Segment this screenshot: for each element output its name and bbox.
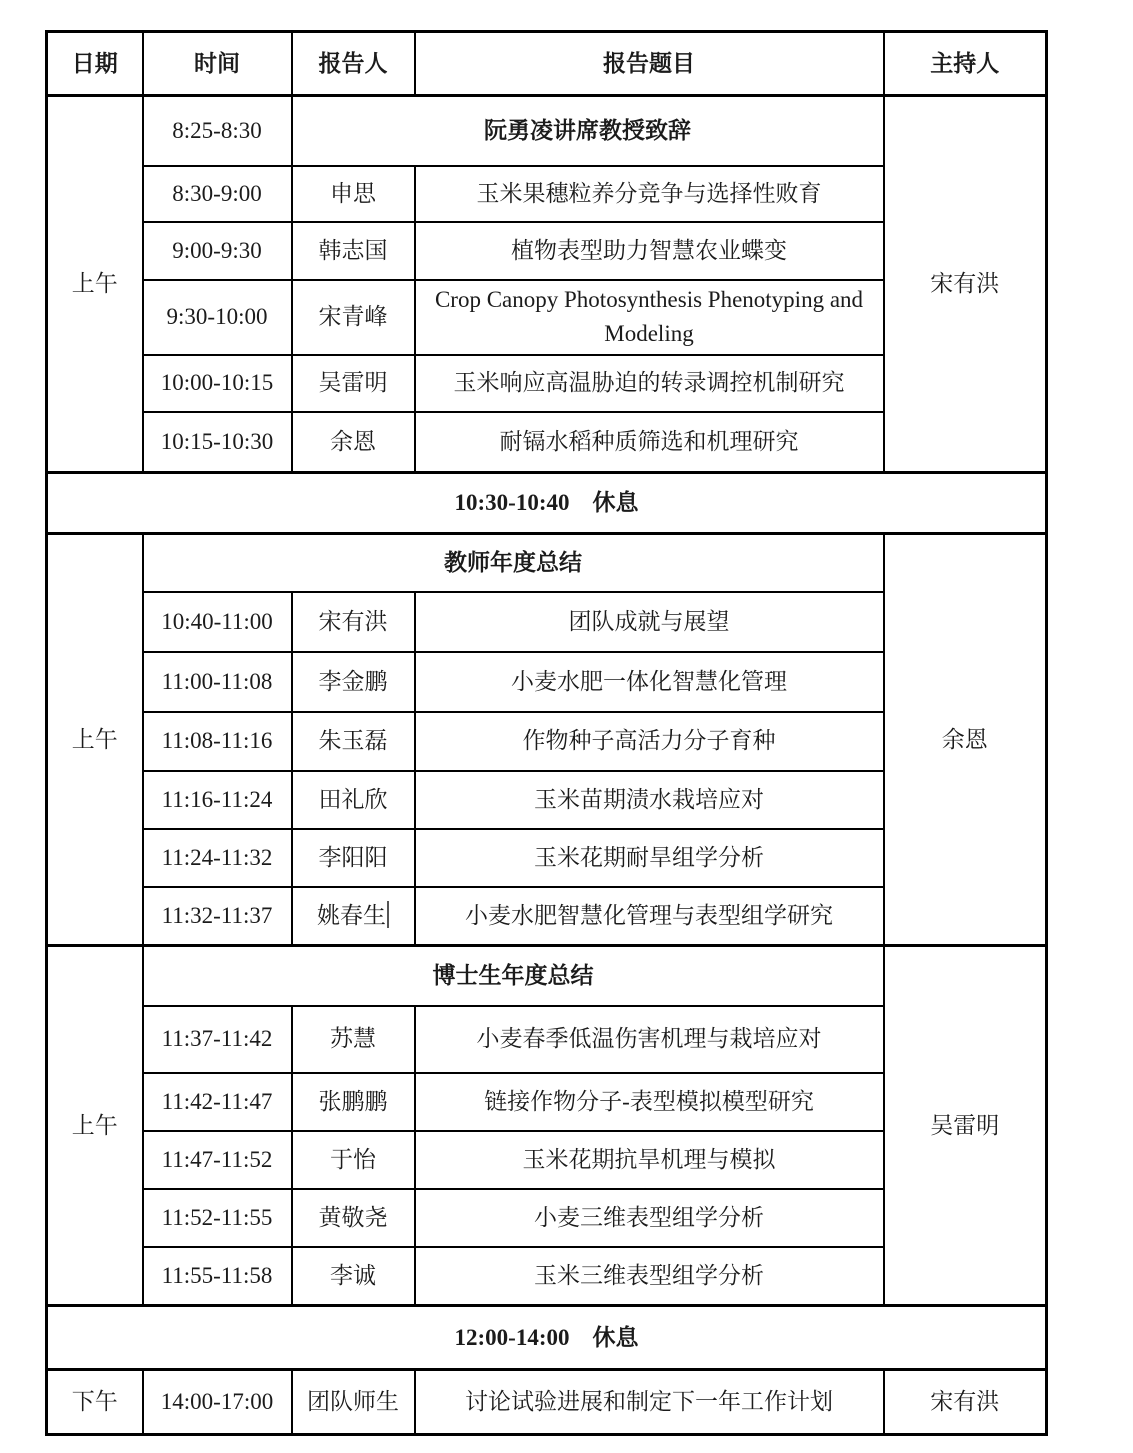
time-cell: 11:24-11:32: [143, 829, 292, 887]
break-row-1: 10:30-10:40 休息: [47, 473, 1047, 534]
time-cell: 11:08-11:16: [143, 712, 292, 771]
time-cell: 11:42-11:47: [143, 1073, 292, 1131]
title-cell: 玉米苗期渍水栽培应对: [415, 771, 884, 829]
time-cell: 9:30-10:00: [143, 280, 292, 355]
speaker-cell: 吴雷明: [292, 355, 415, 412]
time-cell: 9:00-9:30: [143, 222, 292, 280]
host-cell-morning-1: 宋有洪: [884, 96, 1047, 473]
time-cell: 8:30-9:00: [143, 166, 292, 222]
time-cell: 11:00-11:08: [143, 652, 292, 712]
schedule-table: 日期 时间 报告人 报告题目 主持人 上午 8:25-8:30 阮勇凌讲席教授致…: [45, 30, 1048, 1436]
speaker-name-text: 姚春生: [317, 903, 386, 928]
speaker-cell: 李诚: [292, 1247, 415, 1306]
title-cell: 团队成就与展望: [415, 592, 884, 652]
time-cell: 11:16-11:24: [143, 771, 292, 829]
title-cell: 耐镉水稻种质筛选和机理研究: [415, 412, 884, 473]
break-row-2: 12:00-14:00 休息: [47, 1306, 1047, 1370]
title-cell: 小麦水肥智慧化管理与表型组学研究: [415, 887, 884, 946]
speaker-cell: 朱玉磊: [292, 712, 415, 771]
speaker-cell: 宋青峰: [292, 280, 415, 355]
speaker-cell: 团队师生: [292, 1370, 415, 1435]
title-cell: 玉米花期耐旱组学分析: [415, 829, 884, 887]
speaker-cell-editing[interactable]: 姚春生: [292, 887, 415, 946]
title-cell: 玉米花期抗旱机理与模拟: [415, 1131, 884, 1189]
title-cell: 小麦春季低温伤害机理与栽培应对: [415, 1006, 884, 1073]
time-cell: 10:40-11:00: [143, 592, 292, 652]
title-cell: 玉米果穗粒养分竞争与选择性败育: [415, 166, 884, 222]
section-title-cell: 教师年度总结: [143, 534, 884, 592]
opening-row: 上午 8:25-8:30 阮勇凌讲席教授致辞 宋有洪: [47, 96, 1047, 166]
date-cell-morning-3: 上午: [47, 946, 143, 1306]
title-cell: 小麦三维表型组学分析: [415, 1189, 884, 1247]
speaker-cell: 韩志国: [292, 222, 415, 280]
speaker-cell: 于怡: [292, 1131, 415, 1189]
english-title-text: Crop Canopy Photosynthesis Phenotyping a…: [430, 283, 868, 352]
document-page: 日期 时间 报告人 报告题目 主持人 上午 8:25-8:30 阮勇凌讲席教授致…: [45, 30, 1048, 1436]
date-cell-morning-2: 上午: [47, 534, 143, 946]
text-cursor: [387, 901, 389, 928]
break-label: 10:30-10:40 休息: [47, 473, 1047, 534]
time-cell: 11:32-11:37: [143, 887, 292, 946]
header-row: 日期 时间 报告人 报告题目 主持人: [47, 32, 1047, 96]
title-cell: 植物表型助力智慧农业蝶变: [415, 222, 884, 280]
section-title-row: 上午 博士生年度总结 吴雷明: [47, 946, 1047, 1006]
speaker-cell: 李阳阳: [292, 829, 415, 887]
column-header-host: 主持人: [884, 32, 1047, 96]
speaker-cell: 田礼欣: [292, 771, 415, 829]
column-header-time: 时间: [143, 32, 292, 96]
column-header-date: 日期: [47, 32, 143, 96]
speaker-cell: 申思: [292, 166, 415, 222]
talk-row-afternoon: 下午 14:00-17:00 团队师生 讨论试验进展和制定下一年工作计划 宋有洪: [47, 1370, 1047, 1435]
speaker-cell: 李金鹏: [292, 652, 415, 712]
title-cell: 玉米响应高温胁迫的转录调控机制研究: [415, 355, 884, 412]
host-cell-morning-2: 余恩: [884, 534, 1047, 946]
time-cell: 11:55-11:58: [143, 1247, 292, 1306]
time-cell: 14:00-17:00: [143, 1370, 292, 1435]
column-header-title: 报告题目: [415, 32, 884, 96]
speaker-cell: 张鹏鹏: [292, 1073, 415, 1131]
title-cell: 链接作物分子-表型模拟模型研究: [415, 1073, 884, 1131]
opening-title-cell: 阮勇凌讲席教授致辞: [292, 96, 884, 166]
host-cell-morning-3: 吴雷明: [884, 946, 1047, 1306]
speaker-cell: 黄敬尧: [292, 1189, 415, 1247]
time-cell: 10:15-10:30: [143, 412, 292, 473]
speaker-cell: 余恩: [292, 412, 415, 473]
time-cell: 11:52-11:55: [143, 1189, 292, 1247]
time-cell: 11:47-11:52: [143, 1131, 292, 1189]
time-cell: 10:00-10:15: [143, 355, 292, 412]
date-cell-afternoon: 下午: [47, 1370, 143, 1435]
date-cell-morning-1: 上午: [47, 96, 143, 473]
time-cell: 8:25-8:30: [143, 96, 292, 166]
title-cell: 讨论试验进展和制定下一年工作计划: [415, 1370, 884, 1435]
title-cell: 作物种子高活力分子育种: [415, 712, 884, 771]
title-cell: Crop Canopy Photosynthesis Phenotyping a…: [415, 280, 884, 355]
break-label: 12:00-14:00 休息: [47, 1306, 1047, 1370]
section-title-cell: 博士生年度总结: [143, 946, 884, 1006]
speaker-cell: 苏慧: [292, 1006, 415, 1073]
title-cell: 小麦水肥一体化智慧化管理: [415, 652, 884, 712]
time-cell: 11:37-11:42: [143, 1006, 292, 1073]
section-title-row: 上午 教师年度总结 余恩: [47, 534, 1047, 592]
speaker-cell: 宋有洪: [292, 592, 415, 652]
host-cell-afternoon: 宋有洪: [884, 1370, 1047, 1435]
title-cell: 玉米三维表型组学分析: [415, 1247, 884, 1306]
column-header-speaker: 报告人: [292, 32, 415, 96]
